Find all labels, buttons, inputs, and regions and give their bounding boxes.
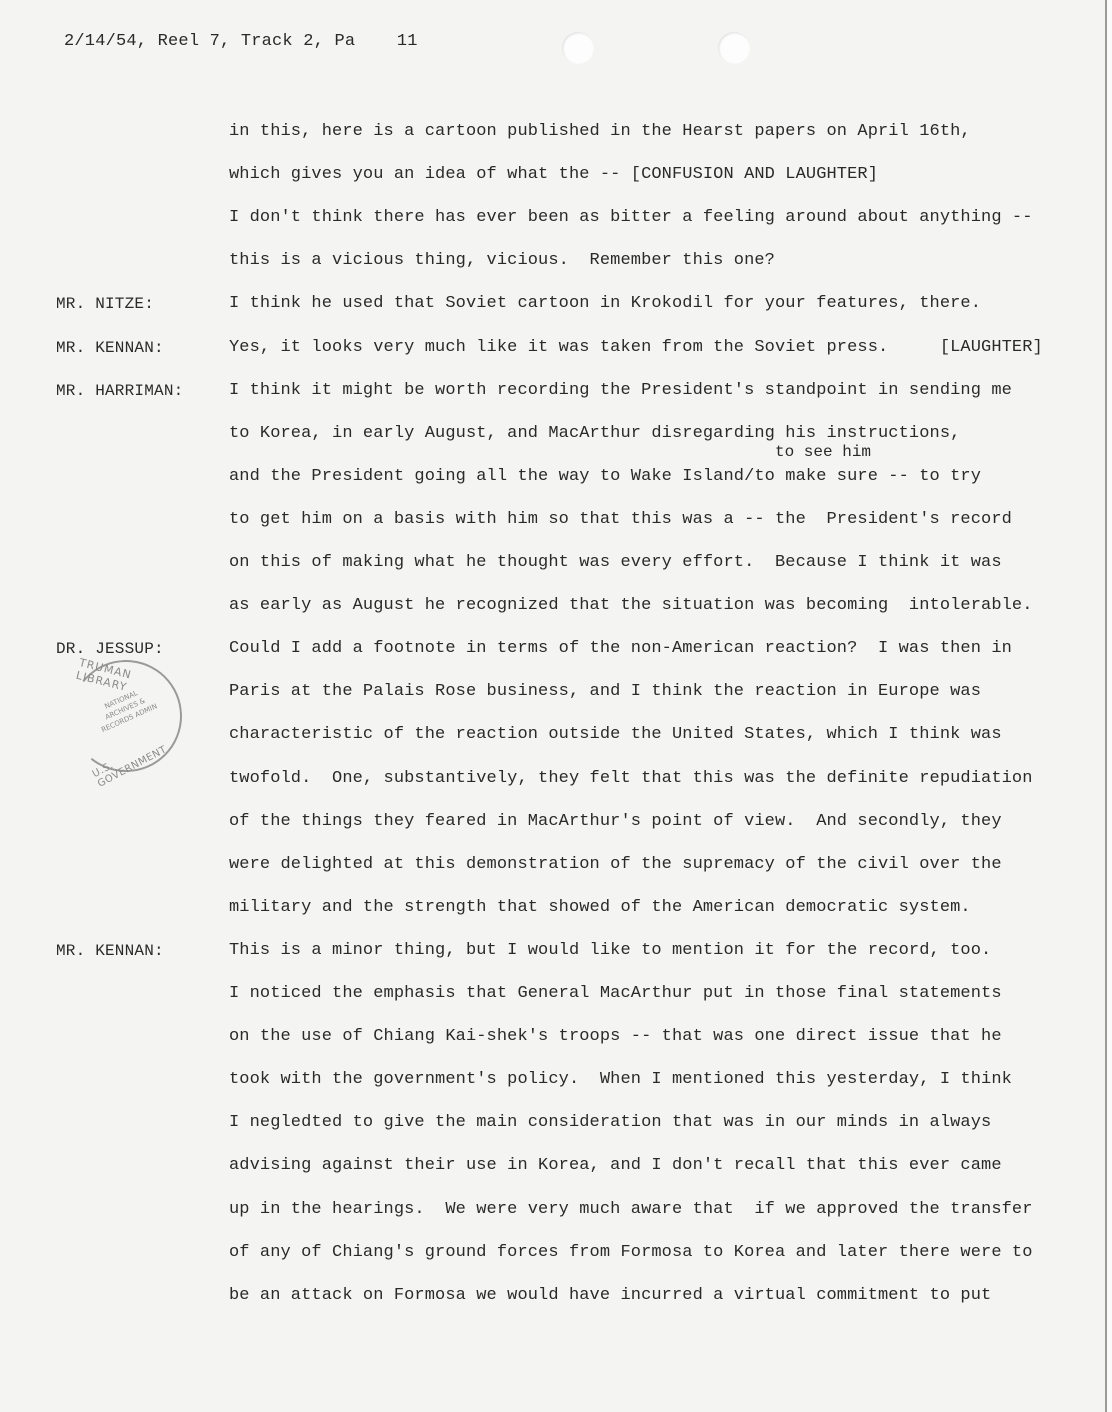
punch-hole [718,32,750,64]
transcript-line: to get him on a basis with him so that t… [229,510,1012,529]
page-edge [1107,0,1112,1412]
handwritten-insertion: to see him [775,443,871,461]
transcript-line: up in the hearings. We were very much aw… [229,1200,1033,1219]
transcript-line: I noticed the emphasis that General MacA… [229,984,1002,1003]
transcript-line: advising against their use in Korea, and… [229,1156,1002,1175]
speaker-label: MR. NITZE: [56,295,154,313]
transcript-line: twofold. One, substantively, they felt t… [229,769,1033,788]
transcript-line: military and the strength that showed of… [229,898,971,917]
truman-library-stamp: TRUMAN LIBRARY NATIONAL ARCHIVES & RECOR… [64,654,187,777]
transcript-line: This is a minor thing, but I would like … [229,941,991,960]
transcript-line: be an attack on Formosa we would have in… [229,1286,991,1305]
punch-hole [562,32,594,64]
speaker-label: MR. KENNAN: [56,339,164,357]
speaker-label: MR. KENNAN: [56,942,164,960]
speaker-label: MR. HARRIMAN: [56,382,183,400]
transcript-line: to Korea, in early August, and MacArthur… [229,424,960,443]
transcript-line: I negledted to give the main considerati… [229,1113,991,1132]
transcript-line: Paris at the Palais Rose business, and I… [229,682,981,701]
transcript-line: of any of Chiang's ground forces from Fo… [229,1243,1033,1262]
transcript-line: as early as August he recognized that th… [229,596,1033,615]
transcript-line: Yes, it looks very much like it was take… [229,338,1043,357]
speaker-label: DR. JESSUP: [56,640,164,658]
transcript-line: of the things they feared in MacArthur's… [229,812,1002,831]
transcript-line: were delighted at this demonstration of … [229,855,1002,874]
transcript-line: which gives you an idea of what the -- [… [229,165,878,184]
stamp-bottom-text: U.S. GOVERNMENT [91,726,184,790]
document-page: 2/14/54, Reel 7, Track 2, Pa 11 in this,… [0,0,1107,1412]
transcript-line: on the use of Chiang Kai-shek's troops -… [229,1027,1002,1046]
page-reference-header: 2/14/54, Reel 7, Track 2, Pa 11 [64,32,418,51]
transcript-line: I don't think there has ever been as bit… [229,208,1033,227]
transcript-line: characteristic of the reaction outside t… [229,725,1002,744]
transcript-line: on this of making what he thought was ev… [229,553,1002,572]
transcript-line: I think he used that Soviet cartoon in K… [229,294,981,313]
transcript-line: took with the government's policy. When … [229,1070,1012,1089]
transcript-line: this is a vicious thing, vicious. Rememb… [229,251,775,270]
transcript-line: and the President going all the way to W… [229,467,981,486]
transcript-line: Could I add a footnote in terms of the n… [229,639,1012,658]
transcript-line: in this, here is a cartoon published in … [229,122,971,141]
transcript-line: I think it might be worth recording the … [229,381,1012,400]
